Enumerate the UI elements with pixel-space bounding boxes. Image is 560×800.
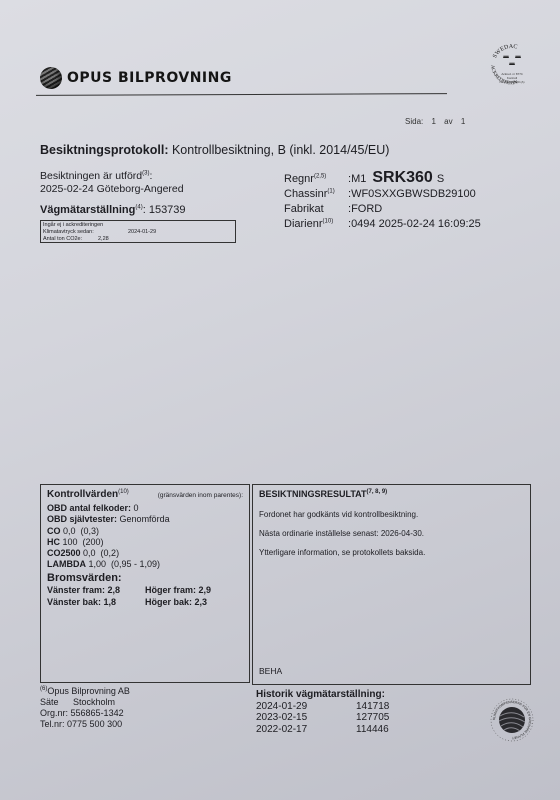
globe-logo-icon <box>40 67 62 89</box>
control-title: Kontrollvärden <box>47 489 118 500</box>
page-total: 1 <box>461 117 465 126</box>
inspector-signature: BEHA <box>259 666 282 676</box>
regnr-suffix: S <box>437 172 444 187</box>
make-value: FORD <box>351 202 382 217</box>
seat-label: Säte <box>40 697 68 708</box>
vehicle-info: Regnr(2,5):M1SRK360S Chassinr(1):WF0SXXG… <box>284 170 481 232</box>
co-value: 0,0 (0,3) <box>63 526 99 536</box>
odometer-history: Historik vägmätarställning: 2024-01-2914… <box>256 689 389 735</box>
lambda-value: 1,00 (0,95 - 1,09) <box>89 559 161 569</box>
org-value: 556865-1342 <box>71 708 124 718</box>
document-title: Besiktningsprotokoll: Kontrollbesiktning… <box>40 143 389 157</box>
obd-faults-value: 0 <box>134 503 139 513</box>
obd-selftest-value: Genomförda <box>120 514 170 524</box>
control-values-box: Kontrollvärden(10) (gränsvärden inom par… <box>40 484 250 683</box>
control-note: (gränsvärden inom parentes): <box>158 490 243 501</box>
hc-value: 100 (200) <box>63 537 104 547</box>
regnr-ref: (2,5) <box>314 173 326 179</box>
brake-left-rear-value: 1,8 <box>104 597 117 607</box>
brake-left-rear-label: Vänster bak: <box>47 597 101 607</box>
page-of-label: av <box>444 117 452 126</box>
svg-text:ISO/IEC 17020 (A): ISO/IEC 17020 (A) <box>499 80 524 84</box>
result-ref: (7, 8, 9) <box>367 489 388 495</box>
history-date: 2023-02-15 <box>256 712 356 724</box>
chassis-value: WF0SXXGBWSDB29100 <box>351 187 476 202</box>
org-label: Org.nr: <box>40 708 68 718</box>
chassis-ref: (1) <box>327 188 334 194</box>
tel-label: Tel.nr: <box>40 719 65 729</box>
brake-right-rear-value: 2,3 <box>195 597 208 607</box>
history-row: 2023-02-15127705 <box>256 712 389 724</box>
result-line-more-info: Ytterligare information, se protokollets… <box>259 548 524 557</box>
climate-compensation-badge-icon: KLIMATKOMPENSERAR FÖR EN GRÖNARE PLANET <box>489 697 535 743</box>
co2500-value: 0,0 (0,2) <box>83 548 119 558</box>
odometer-reading: Vägmätarställning(4): 153739 <box>40 204 186 216</box>
hc-label: HC <box>47 537 60 547</box>
odometer-label: Vägmätarställning <box>40 204 135 216</box>
result-line-next-inspection: Nästa ordinarie inställelse senast: 2026… <box>259 529 524 538</box>
diary-ref: (10) <box>323 218 334 224</box>
obd-selftest-label: OBD självtester: <box>47 514 117 524</box>
brake-values: Vänster fram: 2,8 Höger fram: 2,9 Vänste… <box>47 585 243 607</box>
make-label: Fabrikat <box>284 202 348 217</box>
climate-value: 2024-01-29 <box>128 229 156 236</box>
brakes-title: Bromsvärden: <box>47 572 243 585</box>
seat-value: Stockholm <box>73 697 115 708</box>
opus-logo: OPUS BILPROVNING <box>40 67 232 89</box>
brake-right-front-value: 2,9 <box>199 585 212 595</box>
company-name: Opus Bilprovning AB <box>47 686 130 696</box>
odometer-ref: (4) <box>135 204 142 210</box>
history-row: 2024-01-29141718 <box>256 701 389 713</box>
company-info: (6)Opus Bilprovning AB Säte Stockholm Or… <box>40 686 130 730</box>
result-title: BESIKTNINGSRESULTAT <box>259 489 367 499</box>
performed-ref: (3) <box>142 171 149 177</box>
brake-right-rear-label: Höger bak: <box>145 597 192 607</box>
lambda-label: LAMBDA <box>47 559 86 569</box>
header-divider <box>36 93 447 96</box>
regnr-class: M1 <box>351 172 366 187</box>
performed-value: 2025-02-24 Göteborg-Angered <box>40 183 184 196</box>
result-line-approved: Fordonet har godkänts vid kontrollbesikt… <box>259 510 524 519</box>
history-value: 141718 <box>356 701 389 713</box>
history-date: 2022-02-17 <box>256 724 356 736</box>
brake-left-front-value: 2,8 <box>108 585 121 595</box>
chassis-label: Chassinr <box>284 188 327 200</box>
tel-value: 0775 500 300 <box>67 719 122 729</box>
climate-note: Ingår ej i ackrediteringen <box>43 222 233 229</box>
logo-text: OPUS BILPROVNING <box>67 70 232 86</box>
history-value: 127705 <box>356 712 389 724</box>
control-ref: (10) <box>118 489 129 495</box>
co2500-label: CO2500 <box>47 548 81 558</box>
inspection-result-box: BESIKTNINGSRESULTAT(7, 8, 9) Fordonet ha… <box>252 484 531 685</box>
page-label: Sida: <box>405 117 423 126</box>
regnr-label: Regnr <box>284 173 314 185</box>
performed-label: Besiktningen är utförd <box>40 170 142 182</box>
climate-box: Ingår ej i ackrediteringen Klimatavtryck… <box>40 220 236 243</box>
co-label: CO <box>47 526 61 536</box>
regnr-value: SRK360 <box>372 170 432 185</box>
history-row: 2022-02-17114446 <box>256 724 389 736</box>
diary-value: 0494 2025-02-24 16:09:25 <box>351 217 481 232</box>
obd-faults-label: OBD antal felkoder: <box>47 503 131 513</box>
swedac-seal-icon: SWEDAC ACKREDITERING Ackred. nr 8774 Kon… <box>486 38 538 90</box>
title-value: Kontrollbesiktning, B (inkl. 2014/45/EU) <box>172 143 389 157</box>
diary-label: Diarienr <box>284 218 323 230</box>
history-title: Historik vägmätarställning: <box>256 689 389 701</box>
co2-label: Antal ton CO2e: <box>43 236 98 243</box>
climate-label: Klimatavtryck sedan: <box>43 229 128 236</box>
history-date: 2024-01-29 <box>256 701 356 713</box>
odometer-value: 153739 <box>149 204 186 216</box>
co2-value: 2,28 <box>98 236 109 243</box>
page-current: 1 <box>431 117 435 126</box>
inspection-performed: Besiktningen är utförd(3): 2025-02-24 Gö… <box>40 170 184 196</box>
page-indicator: Sida: 1 av 1 <box>405 117 471 126</box>
title-label: Besiktningsprotokoll: <box>40 143 168 157</box>
brake-left-front-label: Vänster fram: <box>47 585 105 595</box>
brake-right-front-label: Höger fram: <box>145 585 196 595</box>
history-value: 114446 <box>356 724 389 736</box>
